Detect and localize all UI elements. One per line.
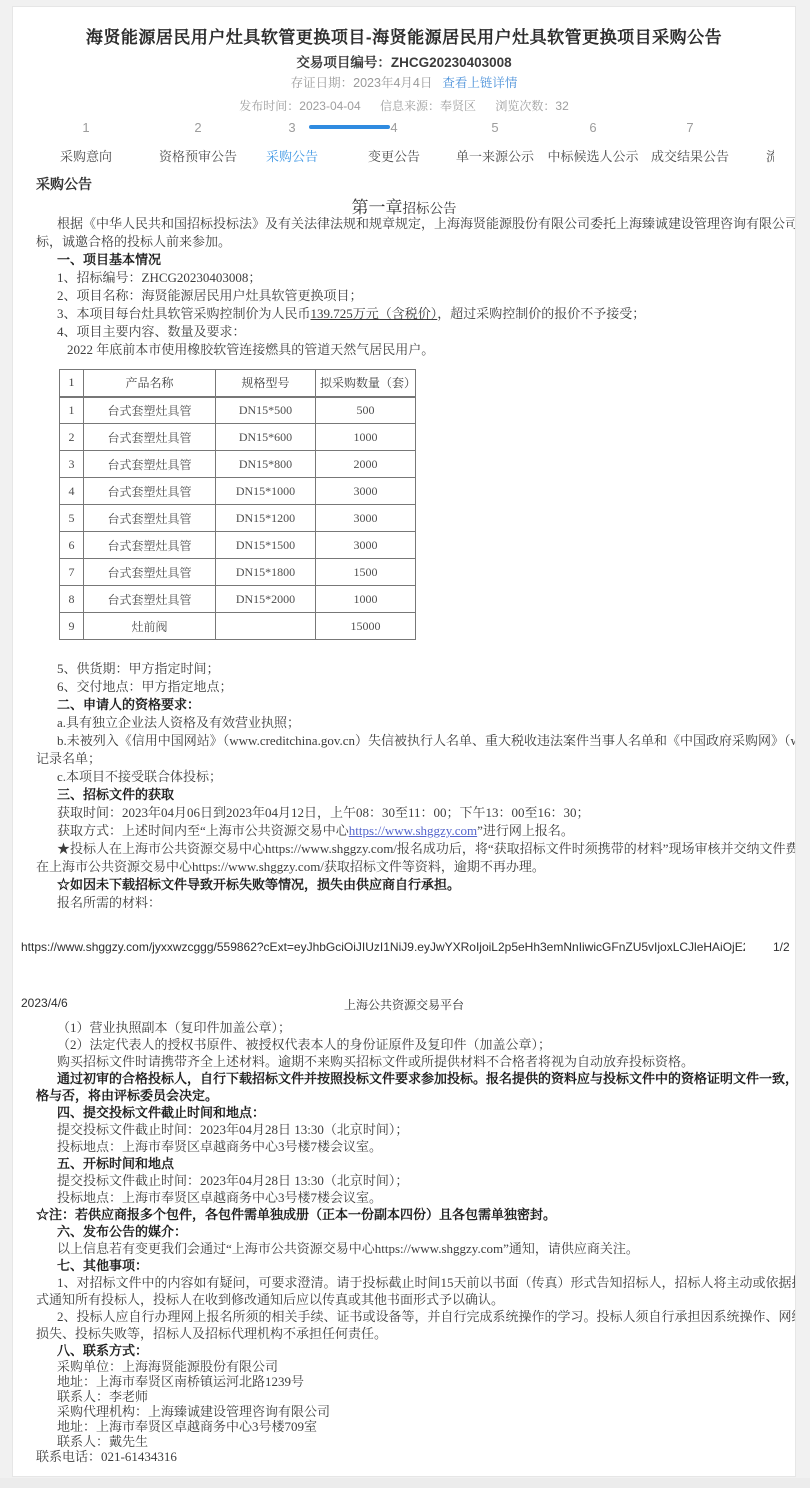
step-number: 6	[538, 121, 648, 135]
step-tabs: 1采购意向2资格预审公告3采购公告4变更公告5单一来源公示6中标候选人公示7成交…	[13, 121, 774, 173]
doc-line: 提交投标文件截止时间：2023年04月28日 13:30（北京时间）；	[36, 1121, 795, 1138]
products-table: 1产品名称规格型号拟采购数量（套） 1台式套塑灶具管DN15*5005002台式…	[59, 369, 416, 640]
table-cell: 1000	[316, 424, 416, 451]
doc-line: 记录名单；	[36, 750, 795, 768]
project-number-label: 交易项目编号：	[296, 55, 391, 70]
text-segment: 3、本项目每台灶具软管采购控制价为人民币	[57, 306, 311, 321]
project-number-row: 交易项目编号：ZHCG20230403008	[13, 51, 795, 71]
table-cell: DN15*1200	[216, 505, 316, 532]
doc-line: ☆如因未下载招标文件导致开标失败等情况，损失由供应商自行承担。	[36, 876, 795, 894]
step-tab-1[interactable]: 1采购意向	[31, 121, 141, 164]
table-cell: DN15*600	[216, 424, 316, 451]
project-number-value: ZHCG20230403008	[391, 55, 512, 70]
doc-line: 2022 年底前本市使用橡胶软管连接燃具的管道天然气居民用户。	[36, 341, 795, 359]
doc-line: 标，诚邀合格的投标人前来参加。	[36, 233, 795, 251]
text-segment: ☆如因未下载招标文件导致开标失败等情况，损失由供应商自行承担。	[57, 877, 460, 892]
doc-line: 以上信息若有变更我们会通过“上海市公共资源交易中心https://www.shg…	[36, 1240, 795, 1257]
table-cell: 台式套塑灶具管	[84, 532, 216, 559]
doc-line: （2）法定代表人的授权书原件、被授权代表本人的身份证原件及复印件（加盖公章）；	[36, 1036, 795, 1053]
view-chain-link[interactable]: 查看上链详情	[442, 76, 517, 90]
doc-line: 联系人：李老师	[36, 1389, 795, 1404]
text-segment: 三、招标文件的获取	[57, 787, 174, 802]
text-segment: （1）营业执照副本（复印件加盖公章）；	[57, 1020, 291, 1035]
step-number: 7	[635, 121, 745, 135]
text-segment: 6、交付地点：甲方指定地点；	[57, 679, 233, 694]
doc-line: 损失、投标失败等，招标人及招标代理机构不承担任何责任。	[36, 1325, 795, 1342]
table-row: 4台式套塑灶具管DN15*10003000	[60, 478, 416, 505]
text-segment: 二、申请人的资格要求：	[57, 697, 200, 712]
table-cell: 台式套塑灶具管	[84, 397, 216, 424]
text-segment: 采购代理机构：上海臻诚建设管理咨询有限公司	[57, 1404, 330, 1419]
table-row: 6台式套塑灶具管DN15*15003000	[60, 532, 416, 559]
text-segment: a.具有独立企业法人资格及有效营业执照；	[57, 715, 300, 730]
table-cell: DN15*2000	[216, 586, 316, 613]
text-segment: 购买招标文件时请携带齐全上述材料。逾期不来购买招标文件或所提供材料不合格者将视为…	[57, 1054, 694, 1069]
table-cell: DN15*800	[216, 451, 316, 478]
doc-line: 一、项目基本情况	[36, 251, 795, 269]
doc-line: 2、项目名称：海贤能源居民用户灶具软管更换项目；	[36, 287, 795, 305]
doc-line: 地址：上海市奉贤区南桥镇运河北路1239号	[36, 1374, 795, 1389]
text-segment: 地址：上海市奉贤区卓越商务中心3号楼709室	[57, 1419, 317, 1434]
text-segment: 根据《中华人民共和国招标投标法》及有关法律法规和规章规定，上海海贤能源股份有限公…	[57, 216, 795, 231]
table-header-cell: 拟采购数量（套）	[316, 370, 416, 397]
page2-print-header: 2023/4/6 上海公共资源交易平台	[13, 996, 795, 1012]
text-segment: 2、投标人应自行办理网上报名所须的相关手续、证书或设备等，并自行完成系统操作的学…	[57, 1309, 795, 1324]
text-segment: 投标地点：上海市奉贤区卓越商务中心3号楼7楼会议室。	[57, 1190, 382, 1205]
table-row: 7台式套塑灶具管DN15*18001500	[60, 559, 416, 586]
doc-line: 提交投标文件截止时间：2023年04月28日 13:30（北京时间）；	[36, 1172, 795, 1189]
doc-line: 4、项目主要内容、数量及要求：	[36, 323, 795, 341]
step-label: 采购意向	[31, 149, 141, 164]
table-cell: 2000	[316, 451, 416, 478]
table-cell: 3000	[316, 532, 416, 559]
text-segment: 2、项目名称：海贤能源居民用户灶具软管更换项目；	[57, 288, 363, 303]
step-label: 中标候选人公示	[538, 149, 648, 164]
document-page-2: （1）营业执照副本（复印件加盖公章）；（2）法定代表人的授权书原件、被授权代表本…	[13, 1019, 795, 1471]
table-cell: 3000	[316, 505, 416, 532]
table-cell: 台式套塑灶具管	[84, 478, 216, 505]
doc-line: 购买招标文件时请携带齐全上述材料。逾期不来购买招标文件或所提供材料不合格者将视为…	[36, 1053, 795, 1070]
doc-line: 四、提交投标文件截止时间和地点：	[36, 1104, 795, 1121]
doc-line: 采购代理机构：上海臻诚建设管理咨询有限公司	[36, 1404, 795, 1419]
doc-line: 七、其他事项：	[36, 1257, 795, 1274]
doc-line: 联系人：戴先生	[36, 1434, 795, 1449]
table-cell: 500	[316, 397, 416, 424]
table-cell: 1	[60, 397, 84, 424]
step-number: 1	[31, 121, 141, 135]
doc-line: 格与否，将由评标委员会决定。	[36, 1087, 795, 1104]
step-label: 变更公告	[339, 149, 449, 164]
doc-line: 五、开标时间和地点	[36, 1155, 795, 1172]
text-segment: 联系人：戴先生	[57, 1434, 148, 1449]
text-segment: （2）法定代表人的授权书原件、被授权代表本人的身份证原件及复印件（加盖公章）；	[57, 1037, 551, 1052]
doc-line: 二、申请人的资格要求：	[36, 696, 795, 714]
table-cell: 1000	[316, 586, 416, 613]
text-segment: 提交投标文件截止时间：2023年04月28日 13:30（北京时间）；	[57, 1173, 408, 1188]
text-segment: ”进行网上报名。	[477, 823, 574, 838]
doc-line: ☆注：若供应商报多个包件，各包件需单独成册（正本一份副本四份）且各包需单独密封。	[36, 1206, 795, 1223]
doc-line: （1）营业执照副本（复印件加盖公章）；	[36, 1019, 795, 1036]
publish-time: 发布时间：2023-04-04	[239, 99, 360, 113]
doc-line: 八、联系方式：	[36, 1342, 795, 1359]
text-segment: 通过初审的合格投标人，自行下载招标文件并按照投标文件要求参加投标。报名提供的资料…	[57, 1071, 795, 1086]
doc-line: c.本项目不接受联合体投标；	[36, 768, 795, 786]
table-cell: 1500	[316, 559, 416, 586]
table-cell: 3000	[316, 478, 416, 505]
inline-link[interactable]: https://www.shggzy.com	[349, 823, 477, 838]
text-segment: ，超过采购控制价的报价不予接受；	[437, 306, 645, 321]
doc-line: b.未被列入《信用中国网站》（www.creditchina.gov.cn）失信…	[36, 732, 795, 750]
table-cell: 8	[60, 586, 84, 613]
table-header-cell: 规格型号	[216, 370, 316, 397]
text-segment: 标，诚邀合格的投标人前来参加。	[36, 234, 231, 249]
cert-date-value: 2023年4月4日	[353, 76, 432, 90]
text-segment: 八、联系方式：	[57, 1343, 148, 1358]
text-segment: ★投标人在上海市公共资源交易中心https://www.shggzy.com/报…	[57, 841, 795, 856]
text-segment: c.本项目不接受联合体投标；	[57, 769, 222, 784]
text-segment: 联系电话：021-61434316	[36, 1449, 177, 1464]
text-segment: 四、提交投标文件截止时间和地点：	[57, 1105, 265, 1120]
page-bottom-strip	[0, 1478, 810, 1488]
doc-line: 式通知所有投标人，投标人在收到修改通知后应以传真或其他书面形式予以确认。	[36, 1291, 795, 1308]
table-cell: 台式套塑灶具管	[84, 586, 216, 613]
text-segment: 式通知所有投标人，投标人在收到修改通知后应以传真或其他书面形式予以确认。	[36, 1292, 504, 1307]
table-cell: 灶前阀	[84, 613, 216, 640]
text-segment: 4、项目主要内容、数量及要求：	[57, 324, 246, 339]
print-footer: https://www.shggzy.com/jyxxwzcggg/559862…	[13, 940, 795, 956]
table-cell: DN15*1000	[216, 478, 316, 505]
info-source: 信息来源：奉贤区	[380, 99, 476, 113]
text-segment: 5、供货期：甲方指定时间；	[57, 661, 220, 676]
step-tab-8[interactable]: 8流标公告	[737, 121, 774, 164]
table-row: 3台式套塑灶具管DN15*8002000	[60, 451, 416, 478]
text-segment: 投标地点：上海市奉贤区卓越商务中心3号楼7楼会议室。	[57, 1139, 382, 1154]
doc-line: a.具有独立企业法人资格及有效营业执照；	[36, 714, 795, 732]
step-label: 采购公告	[237, 149, 347, 164]
table-cell: 台式套塑灶具管	[84, 424, 216, 451]
doc-line: 报名所需的材料：	[36, 894, 795, 912]
doc-line: 根据《中华人民共和国招标投标法》及有关法律法规和规章规定，上海海贤能源股份有限公…	[36, 215, 795, 233]
text-segment: 五、开标时间和地点	[57, 1156, 174, 1171]
text-segment: 2022 年底前本市使用橡胶软管连接燃具的管道天然气居民用户。	[67, 342, 434, 357]
text-segment: 采购单位：上海海贤能源股份有限公司	[57, 1359, 278, 1374]
step-number: 5	[440, 121, 550, 135]
doc-line: ★投标人在上海市公共资源交易中心https://www.shggzy.com/报…	[36, 840, 795, 858]
doc-line: 6、交付地点：甲方指定地点；	[36, 678, 795, 696]
doc-line: 采购单位：上海海贤能源股份有限公司	[36, 1359, 795, 1374]
text-segment: 一、项目基本情况	[57, 252, 161, 267]
table-header-row: 1产品名称规格型号拟采购数量（套）	[60, 370, 416, 397]
table-row: 5台式套塑灶具管DN15*12003000	[60, 505, 416, 532]
text-segment: 联系人：李老师	[57, 1389, 148, 1404]
step-label: 流标公告	[737, 149, 774, 164]
doc-line: 联系电话：021-61434316	[36, 1449, 795, 1464]
table-cell: 台式套塑灶具管	[84, 559, 216, 586]
text-segment: 报名所需的材料：	[57, 895, 161, 910]
document-page-1: 根据《中华人民共和国招标投标法》及有关法律法规和规章规定，上海海贤能源股份有限公…	[13, 215, 795, 939]
table-cell: 9	[60, 613, 84, 640]
table-row: 9灶前阀15000	[60, 613, 416, 640]
text-segment: 六、发布公告的媒介：	[57, 1224, 187, 1239]
table-cell: 4	[60, 478, 84, 505]
doc-line: 地址：上海市奉贤区卓越商务中心3号楼709室	[36, 1419, 795, 1434]
announcement-page: 海贤能源居民用户灶具软管更换项目-海贤能源居民用户灶具软管更换项目采购公告 交易…	[12, 6, 796, 1477]
text-segment: 1、对招标文件中的内容如有疑问，可要求澄清。请于投标截止时间15天前以书面（传真…	[57, 1275, 795, 1290]
page2-print-title: 上海公共资源交易平台	[13, 996, 795, 1013]
table-cell: DN15*1800	[216, 559, 316, 586]
text-segment: 七、其他事项：	[57, 1258, 148, 1273]
doc-line: 2、投标人应自行办理网上报名所须的相关手续、证书或设备等，并自行完成系统操作的学…	[36, 1308, 795, 1325]
doc-line: 投标地点：上海市奉贤区卓越商务中心3号楼7楼会议室。	[36, 1189, 795, 1206]
step-label: 单一来源公示	[440, 149, 550, 164]
cert-date-row: 存证日期：2023年4月4日查看上链详情	[13, 73, 795, 91]
text-segment: 损失、投标失败等，招标人及招标代理机构不承担任何责任。	[36, 1326, 387, 1341]
step-tab-5[interactable]: 5单一来源公示	[440, 121, 550, 164]
doc-line: 3、本项目每台灶具软管采购控制价为人民币139.725万元（含税价），超过采购控…	[36, 305, 795, 323]
step-tab-6[interactable]: 6中标候选人公示	[538, 121, 648, 164]
text-segment: ☆注：若供应商报多个包件，各包件需单独成册（正本一份副本四份）且各包需单独密封。	[36, 1207, 556, 1222]
print-footer-url: https://www.shggzy.com/jyxxwzcggg/559862…	[21, 940, 745, 954]
table-cell: 台式套塑灶具管	[84, 451, 216, 478]
doc-line: 通过初审的合格投标人，自行下载招标文件并按照投标文件要求参加投标。报名提供的资料…	[36, 1070, 795, 1087]
cert-date-label: 存证日期：	[291, 76, 354, 90]
print-footer-page-number: 1/2	[773, 940, 790, 954]
doc-line: 三、招标文件的获取	[36, 786, 795, 804]
view-count: 浏览次数：32	[495, 99, 568, 113]
underlined-text: 139.725万元（含税价）	[311, 306, 438, 321]
text-segment: 格与否，将由评标委员会决定。	[36, 1088, 218, 1103]
doc-line: 5、供货期：甲方指定时间；	[36, 660, 795, 678]
table-header-cell: 产品名称	[84, 370, 216, 397]
text-segment: 记录名单；	[36, 751, 101, 766]
table-cell: 5	[60, 505, 84, 532]
doc-line: 1、招标编号：ZHCG20230403008；	[36, 269, 795, 287]
doc-line: 获取方式：上述时间内至“上海市公共资源交易中心https://www.shggz…	[36, 822, 795, 840]
step-progress-line	[309, 125, 390, 129]
table-row: 8台式套塑灶具管DN15*20001000	[60, 586, 416, 613]
doc-line: 1、对招标文件中的内容如有疑问，可要求澄清。请于投标截止时间15天前以书面（传真…	[36, 1274, 795, 1291]
table-cell: DN15*1500	[216, 532, 316, 559]
table-row: 1台式套塑灶具管DN15*500500	[60, 397, 416, 424]
table-cell: 3	[60, 451, 84, 478]
text-segment: 1、招标编号：ZHCG20230403008；	[57, 270, 261, 285]
table-cell: 7	[60, 559, 84, 586]
table-cell: 台式套塑灶具管	[84, 505, 216, 532]
table-cell: 15000	[316, 613, 416, 640]
text-segment: b.未被列入《信用中国网站》（www.creditchina.gov.cn）失信…	[57, 733, 795, 748]
step-label: 成交结果公告	[635, 149, 745, 164]
meta-row: 发布时间：2023-04-04 信息来源：奉贤区 浏览次数：32	[13, 97, 795, 114]
text-segment: 以上信息若有变更我们会通过“上海市公共资源交易中心https://www.shg…	[57, 1241, 639, 1256]
doc-line: 六、发布公告的媒介：	[36, 1223, 795, 1240]
page-title: 海贤能源居民用户灶具软管更换项目-海贤能源居民用户灶具软管更换项目采购公告	[13, 23, 795, 48]
table-cell: 2	[60, 424, 84, 451]
section-label: 采购公告	[36, 174, 92, 194]
step-number: 8	[737, 121, 774, 135]
table-header-cell: 1	[60, 370, 84, 397]
text-segment: 获取方式：上述时间内至“上海市公共资源交易中心	[57, 823, 349, 838]
table-cell: 6	[60, 532, 84, 559]
text-segment: 在上海市公共资源交易中心https://www.shggzy.com/获取招标文…	[36, 859, 545, 874]
table-cell	[216, 613, 316, 640]
text-segment: 地址：上海市奉贤区南桥镇运河北路1239号	[57, 1374, 304, 1389]
text-segment: 提交投标文件截止时间：2023年04月28日 13:30（北京时间）；	[57, 1122, 408, 1137]
table-cell: DN15*500	[216, 397, 316, 424]
doc-line: 在上海市公共资源交易中心https://www.shggzy.com/获取招标文…	[36, 858, 795, 876]
text-segment: 获取时间：2023年04月06日到2023年04月12日，上午08：30至11：…	[57, 805, 590, 820]
doc-line: 投标地点：上海市奉贤区卓越商务中心3号楼7楼会议室。	[36, 1138, 795, 1155]
step-tab-7[interactable]: 7成交结果公告	[635, 121, 745, 164]
doc-line: 获取时间：2023年04月06日到2023年04月12日，上午08：30至11：…	[36, 804, 795, 822]
table-row: 2台式套塑灶具管DN15*6001000	[60, 424, 416, 451]
